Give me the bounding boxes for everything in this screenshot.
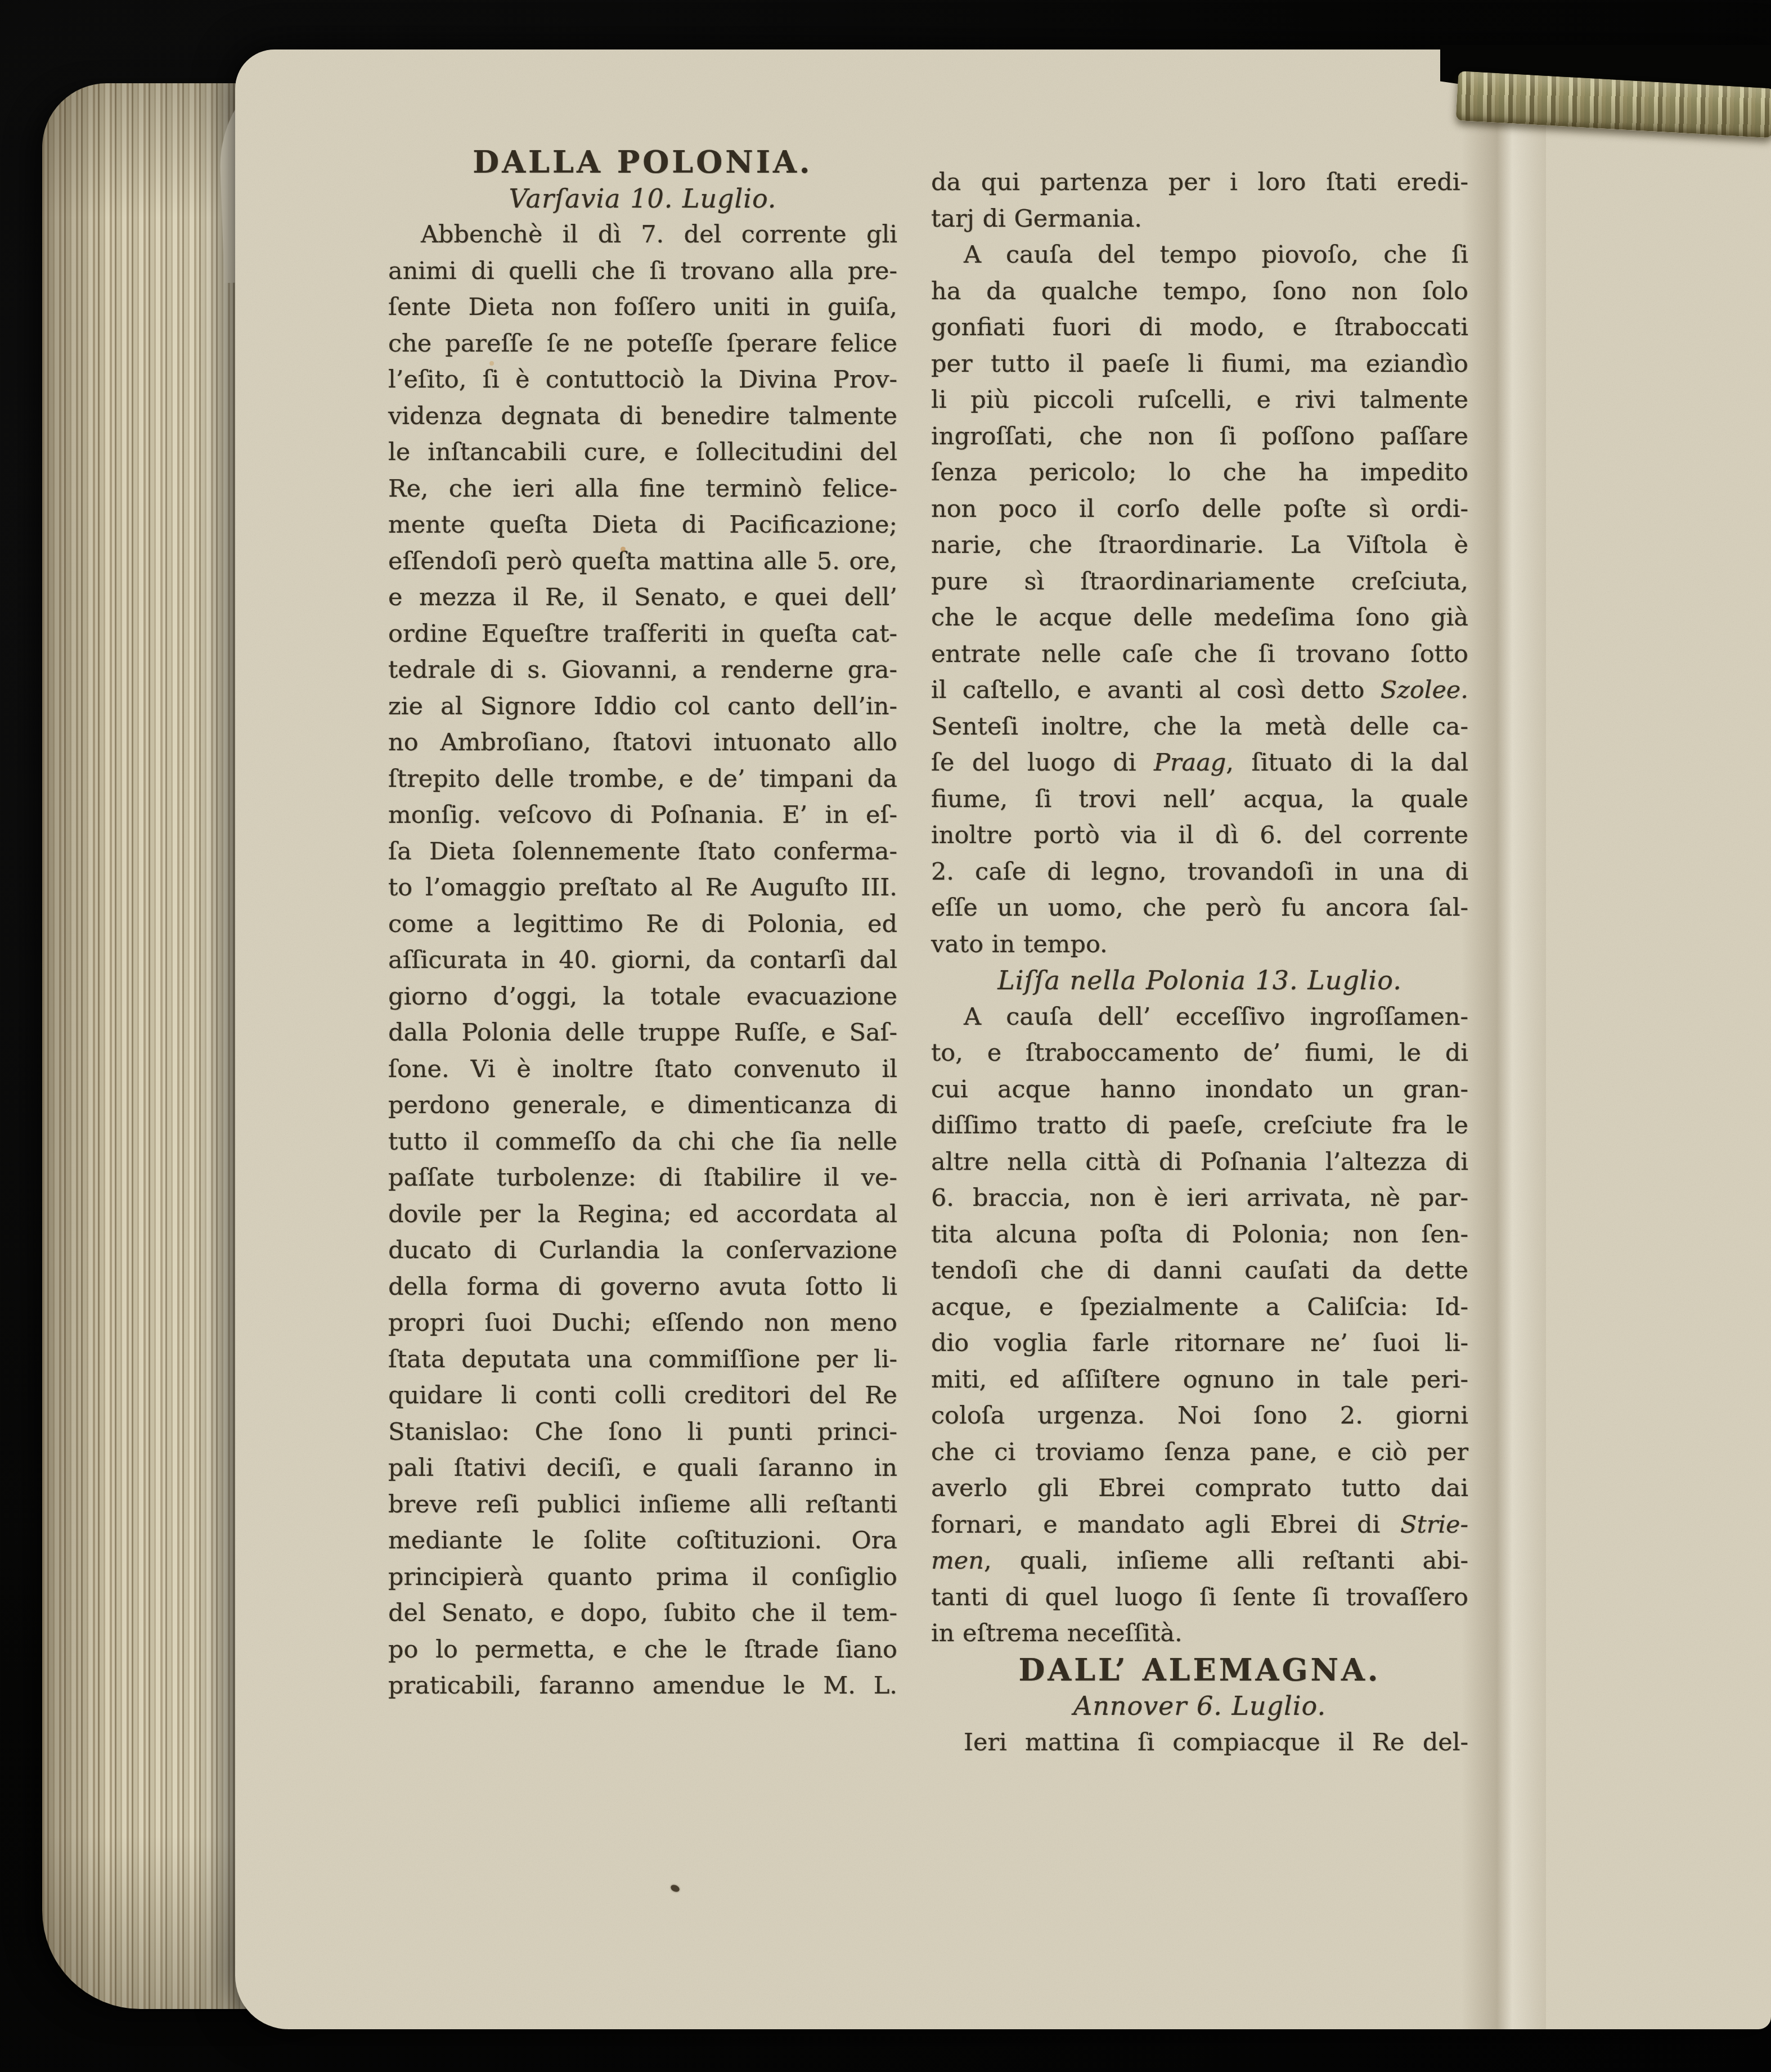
text-line: fornari, e mandato agli Ebrei di Strie-	[931, 1507, 1468, 1543]
text-line: ingroſſati, che non ſi poſſono paſſare	[931, 418, 1468, 455]
text-line: ha da qualche tempo, ſono non ſolo	[931, 273, 1468, 310]
text-line: breve reſi publici inſieme alli reſtanti	[388, 1487, 897, 1523]
text-line: mediante le ſolite coſtituzioni. Ora	[388, 1523, 897, 1559]
text-line: per tutto il paeſe li fiumi, ma eziandìo	[931, 346, 1468, 382]
text-line: Abbenchè il dì 7. del corrente gli	[388, 217, 897, 253]
text-column-right: da qui partenza per i loro ſtati eredi-t…	[931, 164, 1468, 1760]
text-column-left: DALLA POLONIA.Varſavia 10. Luglio.Abbenc…	[388, 144, 897, 1704]
text-line: Re, che ieri alla fine terminò felice-	[388, 471, 897, 507]
text-line: pali ſtativi deciſi, e quali ſaranno in	[388, 1450, 897, 1487]
text-line: dalla Polonia delle truppe Ruſſe, e Saſ-	[388, 1015, 897, 1051]
text-line: coloſa urgenza. Noi ſono 2. giorni	[931, 1398, 1468, 1434]
text-line: eſſe un uomo, che però fu ancora ſal-	[931, 890, 1468, 926]
text-line: po lo permetta, e che le ſtrade ſiano	[388, 1632, 897, 1668]
text-line: aſſicurata in 40. giorni, da contarſi da…	[388, 942, 897, 979]
text-line: miti, ed aſſiſtere ognuno in tale peri-	[931, 1362, 1468, 1398]
text-line: che ci troviamo ſenza pane, e ciò per	[931, 1434, 1468, 1471]
text-line: che pareſſe ſe ne poteſſe ſperare felice	[388, 326, 897, 362]
text-line: non poco il corſo delle poſte sì ordi-	[931, 491, 1468, 528]
text-line: praticabili, faranno amendue le M. L.	[388, 1668, 897, 1704]
section-header: DALL’ ALEMAGNA.	[931, 1652, 1468, 1688]
text-line: da qui partenza per i loro ſtati eredi-	[931, 164, 1468, 201]
text-line: ſente Dieta non foſſero uniti in guiſa,	[388, 289, 897, 326]
dateline: Liſſa nella Polonia 13. Luglio.	[931, 962, 1468, 999]
text-line: della forma di governo avuta ſotto li	[388, 1269, 897, 1305]
text-line: entrate nelle caſe che ſi trovano ſotto	[931, 636, 1468, 673]
text-line: videnza degnata di benedire talmente	[388, 398, 897, 435]
text-line: che le acque delle medeſima ſono già	[931, 600, 1468, 636]
text-line: gonfiati fuori di modo, e ſtraboccati	[931, 309, 1468, 346]
text-line: quidare li conti colli creditori del Re	[388, 1377, 897, 1414]
text-line: li più piccoli ruſcelli, e rivi talmente	[931, 382, 1468, 418]
text-line: vato in tempo.	[931, 926, 1468, 963]
text-line: A cauſa dell’ ecceſſivo ingroſſamen-	[931, 999, 1468, 1035]
text-line: cui acque hanno inondato un gran-	[931, 1071, 1468, 1108]
text-line: tanti di quel luogo ſi ſente ſi trovaſſe…	[931, 1579, 1468, 1616]
text-line: ſone. Vi è inoltre ſtato convenuto il	[388, 1051, 897, 1088]
text-line: e mezza il Re, il Senato, e quei dell’	[388, 579, 897, 616]
scanned-book-photo: DALLA POLONIA.Varſavia 10. Luglio.Abbenc…	[0, 0, 1771, 2072]
text-line: propri ſuoi Duchi; eſſendo non meno	[388, 1305, 897, 1341]
text-line: l’eſito, ſi è contuttociò la Divina Prov…	[388, 362, 897, 398]
text-line: mente queſta Dieta di Pacificazione;	[388, 507, 897, 543]
text-line: tarj di Germania.	[931, 201, 1468, 237]
text-line: dio voglia farle ritornare ne’ ſuoi li-	[931, 1325, 1468, 1362]
text-line: le inſtancabili cure, e ſollecitudini de…	[388, 434, 897, 471]
text-line: ſa Dieta ſolennemente ſtato conferma-	[388, 834, 897, 870]
text-line: come a legittimo Re di Polonia, ed	[388, 906, 897, 943]
text-line: tedrale di s. Giovanni, a renderne gra-	[388, 652, 897, 688]
page-gutter-crease	[1462, 83, 1546, 2029]
text-line: acque, e ſpezialmente a Caliſcia: Id-	[931, 1289, 1468, 1326]
text-line: tita alcuna poſta di Polonia; non ſen-	[931, 1217, 1468, 1253]
text-line: monſig. veſcovo di Poſnania. E’ in eſ-	[388, 797, 897, 834]
section-header: DALLA POLONIA.	[388, 144, 897, 181]
text-line: no Ambroſiano, ſtatovi intuonato allo	[388, 724, 897, 761]
text-line: paſſate turbolenze: di ſtabilire il ve-	[388, 1160, 897, 1196]
text-line: in eſtrema neceſſità.	[931, 1615, 1468, 1652]
text-line: 6. braccia, non è ieri arrivata, nè par-	[931, 1180, 1468, 1217]
text-line: principierà quanto prima il conſiglio	[388, 1559, 897, 1596]
text-line: narie, che ſtraordinarie. La Viſtola è	[931, 527, 1468, 564]
text-line: altre nella città di Poſnania l’altezza …	[931, 1144, 1468, 1181]
text-line: to, e ſtraboccamento de’ fiumi, le di	[931, 1035, 1468, 1071]
text-line: il caſtello, e avanti al così detto Szol…	[931, 672, 1468, 709]
text-line: zie al Signore Iddio col canto dell’in-	[388, 688, 897, 725]
text-line: eſſendoſi però queſta mattina alle 5. or…	[388, 543, 897, 580]
text-line: 2. caſe di legno, trovandoſi in una di	[931, 854, 1468, 890]
text-line: perdono generale, e dimenticanza di	[388, 1087, 897, 1124]
text-line: ordine Equeſtre traſferiti in queſta cat…	[388, 616, 897, 652]
text-line: Senteſi inoltre, che la metà delle ca-	[931, 709, 1468, 745]
text-line: to l’omaggio preſtato al Re Auguſto III.	[388, 870, 897, 906]
dateline: Annover 6. Luglio.	[931, 1688, 1468, 1724]
text-line: ſtata deputata una commiſſione per li-	[388, 1341, 897, 1378]
dateline: Varſavia 10. Luglio.	[388, 181, 897, 217]
text-line: dovile per la Regina; ed accordata al	[388, 1196, 897, 1233]
text-line: A cauſa del tempo piovoſo, che ſi	[931, 237, 1468, 273]
text-line: diſſimo tratto di paeſe, creſciute fra l…	[931, 1107, 1468, 1144]
text-line: ſenza pericolo; lo che ha impedito	[931, 454, 1468, 491]
text-line: tendoſi che di danni cauſati da dette	[931, 1253, 1468, 1289]
text-line: fiume, ſi trovi nell’ acqua, la quale	[931, 781, 1468, 818]
text-line: giorno d’oggi, la totale evacuazione	[388, 979, 897, 1015]
text-line: Stanislao: Che ſono li punti princi-	[388, 1414, 897, 1451]
text-line: inoltre portò via il dì 6. del corrente	[931, 817, 1468, 854]
text-line: animi di quelli che ſi trovano alla pre-	[388, 253, 897, 290]
text-line: ſtrepito delle trombe, e de’ timpani da	[388, 761, 897, 798]
text-line: pure sì ſtraordinariamente creſciuta,	[931, 564, 1468, 600]
text-line: del Senato, e dopo, ſubito che il tem-	[388, 1595, 897, 1632]
text-line: tutto il commeſſo da chi che ſia nelle	[388, 1124, 897, 1160]
text-line: ſe del luogo di Praag, ſituato di la dal	[931, 745, 1468, 781]
text-line: Ieri mattina ſi compiacque il Re del-	[931, 1724, 1468, 1761]
text-line: men, quali, inſieme alli reſtanti abi-	[931, 1543, 1468, 1579]
text-line: averlo gli Ebrei comprato tutto dai	[931, 1470, 1468, 1507]
text-line: ducato di Curlandia la conſervazione	[388, 1232, 897, 1269]
